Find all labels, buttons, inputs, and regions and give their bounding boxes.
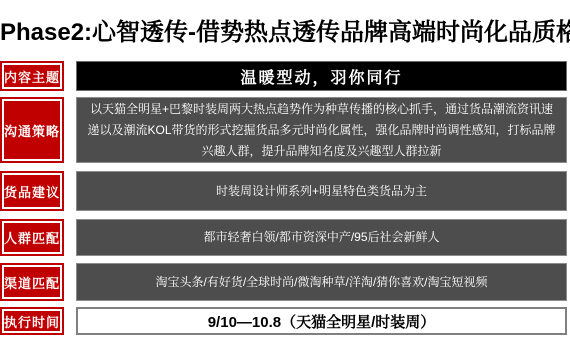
table-row-execution-time: 执行时间 9/10—10.8（天猫全明星/时装周） [0,307,570,335]
table-row-communication-strategy: 沟通策略 以天猫全明星+巴黎时装周两大热点趋势作为种草传播的核心抓手，通过货品潮… [0,97,570,163]
row-content-channel-match: 淘宝头条/有好货/全球时尚/微淘种草/洋淘/猜你喜欢/淘宝短视频 [76,263,567,301]
table-row-channel-match: 渠道匹配 淘宝头条/有好货/全球时尚/微淘种草/洋淘/猜你喜欢/淘宝短视频 [0,263,570,301]
row-label-communication-strategy: 沟通策略 [0,97,64,163]
row-content-product-suggestion: 时装周设计师系列+明星特色类货品为主 [76,171,567,211]
row-content-execution-time: 9/10—10.8（天猫全明星/时装周） [76,307,567,335]
row-content-content-theme: 温暖型动，羽你同行 [76,61,567,91]
row-label-channel-match: 渠道匹配 [0,263,64,301]
page-title: Phase2:心智透传-借势热点透传品牌高端时尚化品质格调 [0,16,570,50]
table-row-content-theme: 内容主题 温暖型动，羽你同行 [0,61,570,91]
row-label-content-theme: 内容主题 [0,61,64,91]
table-row-product-suggestion: 货品建议 时装周设计师系列+明星特色类货品为主 [0,171,570,211]
row-content-audience-match: 都市轻奢白领/都市资深中产/95后社会新鲜人 [76,219,567,256]
row-label-execution-time: 执行时间 [0,307,64,335]
table-row-audience-match: 人群匹配 都市轻奢白领/都市资深中产/95后社会新鲜人 [0,219,570,256]
row-label-audience-match: 人群匹配 [0,219,64,256]
row-label-product-suggestion: 货品建议 [0,171,64,211]
slide: Phase2:心智透传-借势热点透传品牌高端时尚化品质格调 内容主题 温暖型动，… [0,0,570,360]
row-content-communication-strategy: 以天猫全明星+巴黎时装周两大热点趋势作为种草传播的核心抓手，通过货品潮流资讯速递… [76,97,567,163]
